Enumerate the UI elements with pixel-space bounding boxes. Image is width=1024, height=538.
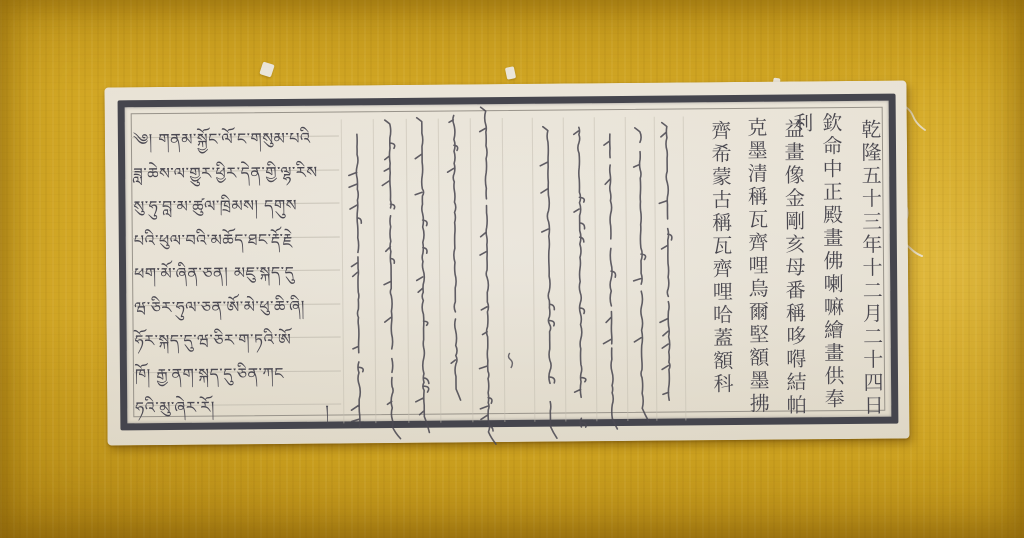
photo-vignette — [0, 0, 1024, 538]
photograph: ༄། གནམ་སྐྱོང་ལོ་ང་གསུམ་པའི ཟླ་ཆེས་ལ་གྱུར… — [0, 0, 1024, 538]
